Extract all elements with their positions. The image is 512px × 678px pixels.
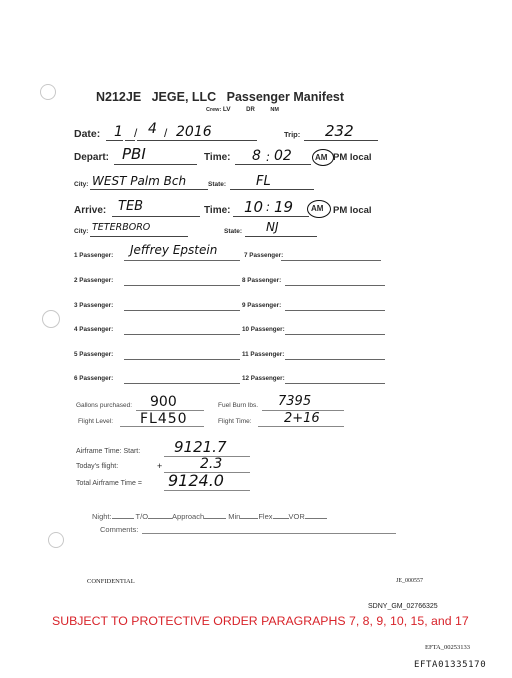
comments-label: Comments:	[100, 525, 138, 534]
passenger-12-line	[285, 383, 385, 384]
passenger-10-line	[285, 334, 385, 335]
flight-time-value: 2+16	[284, 411, 320, 426]
crew-row: Crew: LV DR NM	[206, 106, 279, 113]
protective-order-notice: SUBJECT TO PROTECTIVE ORDER PARAGRAPHS 7…	[52, 614, 469, 628]
depart-state-label: State:	[208, 181, 226, 188]
form-title: Passenger Manifest	[227, 90, 344, 104]
min-label: Min	[228, 512, 240, 521]
depart-pm-local: PM local	[333, 152, 372, 163]
passenger-2-label: 2 Passenger:	[74, 277, 113, 284]
arrive-label: Arrive:	[74, 205, 106, 216]
passenger-5-line	[124, 359, 240, 360]
passenger-4-line	[124, 334, 240, 335]
hole-punch-bottom	[48, 532, 64, 548]
passenger-9-line	[285, 310, 385, 311]
depart-state: FL	[256, 174, 271, 189]
passenger-6-line	[124, 383, 240, 384]
passenger-12-label: 12 Passenger:	[242, 375, 285, 382]
trip-number: 232	[325, 122, 354, 140]
passenger-3-label: 3 Passenger:	[74, 302, 113, 309]
vor-label: VOR	[289, 512, 305, 521]
arrive-city: TETERBORO	[92, 222, 150, 233]
passenger-4-label: 4 Passenger:	[74, 326, 113, 333]
flight-level-value: FL450	[140, 411, 188, 427]
depart-minute: 02	[274, 148, 292, 164]
date-day: 4	[148, 121, 157, 137]
passenger-8-line	[285, 285, 385, 286]
arrive-am: AM	[311, 204, 323, 213]
passenger-7-label: 7 Passenger:	[244, 252, 283, 259]
depart-time-label: Time:	[204, 152, 231, 163]
airframe-start: 9121.7	[174, 438, 227, 456]
passenger-2-line	[124, 285, 240, 286]
arrive-state: NJ	[266, 220, 279, 234]
efta-bates-number-1: EFTA_00253133	[425, 644, 470, 651]
passenger-8-label: 8 Passenger:	[242, 277, 281, 284]
depart-airport: PBI	[122, 145, 146, 163]
trip-label: Trip:	[284, 130, 300, 139]
passenger-10-label: 10 Passenger:	[242, 326, 285, 333]
arrive-time-label: Time:	[204, 205, 231, 216]
crew-3: NM	[270, 107, 279, 113]
todays-flight-plus: +	[157, 461, 162, 471]
arrive-state-label: State:	[224, 228, 242, 235]
date-month: 1	[114, 124, 123, 140]
passenger-1-line	[124, 260, 240, 261]
fuel-burn-label: Fuel Burn lbs.	[218, 402, 258, 409]
log-row: Night: T/OApproach MinFlexVOR	[92, 512, 327, 521]
tail-number: N212JE	[96, 90, 141, 104]
hole-punch-middle	[42, 310, 60, 328]
total-airframe-value: 9124.0	[168, 471, 224, 490]
crew-2: DR	[246, 107, 255, 113]
depart-hour: 8	[252, 148, 261, 164]
gallons-label: Gallons purchased:	[76, 402, 132, 409]
depart-city-label: City:	[74, 181, 88, 188]
arrive-airport: TEB	[118, 199, 143, 214]
total-airframe-label: Total Airframe Time =	[76, 480, 142, 487]
confidential-mark: CONFIDENTIAL	[87, 578, 135, 585]
fuel-burn-value: 7395	[278, 394, 311, 409]
passenger-1-label: 1 Passenger:	[74, 252, 113, 259]
passenger-11-line	[285, 359, 385, 360]
flex-label: Flex	[258, 512, 272, 521]
arrive-minute: 19	[274, 198, 293, 216]
to-label: T/O	[136, 512, 149, 521]
passenger-6-label: 6 Passenger:	[74, 375, 113, 382]
flight-level-label: Flight Level:	[78, 418, 113, 425]
depart-am: AM	[315, 153, 327, 162]
je-bates-number: JE_000557	[396, 578, 423, 584]
passenger-9-label: 9 Passenger:	[242, 302, 281, 309]
hole-punch-top	[40, 84, 56, 100]
company-name: JEGE, LLC	[152, 90, 217, 104]
arrive-hour: 10	[244, 198, 263, 216]
flight-time-label: Flight Time:	[218, 418, 252, 425]
passenger-3-line	[124, 310, 240, 311]
form-header: N212JE JEGE, LLC Passenger Manifest	[96, 90, 344, 104]
passenger-5-label: 5 Passenger:	[74, 351, 113, 358]
passenger-1-name: Jeffrey Epstein	[130, 243, 217, 257]
depart-label: Depart:	[74, 152, 109, 163]
night-label: Night:	[92, 512, 112, 521]
airframe-start-label: Airframe Time: Start:	[76, 448, 140, 455]
depart-city: WEST Palm Bch	[92, 174, 186, 188]
crew-1: LV	[223, 106, 231, 113]
date-label: Date:	[74, 128, 100, 140]
approach-label: Approach	[172, 512, 204, 521]
efta-bates-number-2: EFTA01335170	[414, 660, 486, 670]
gallons-value: 900	[150, 394, 177, 410]
passenger-7-line	[281, 260, 381, 261]
sdny-bates-number: SDNY_GM_02766325	[368, 603, 438, 610]
todays-flight-value: 2.3	[200, 456, 222, 472]
arrive-city-label: City:	[74, 228, 88, 235]
date-year: 2016	[176, 124, 212, 140]
todays-flight-label: Today's flight:	[76, 463, 118, 470]
arrive-pm-local: PM local	[333, 205, 372, 216]
passenger-11-label: 11 Passenger:	[242, 351, 284, 358]
